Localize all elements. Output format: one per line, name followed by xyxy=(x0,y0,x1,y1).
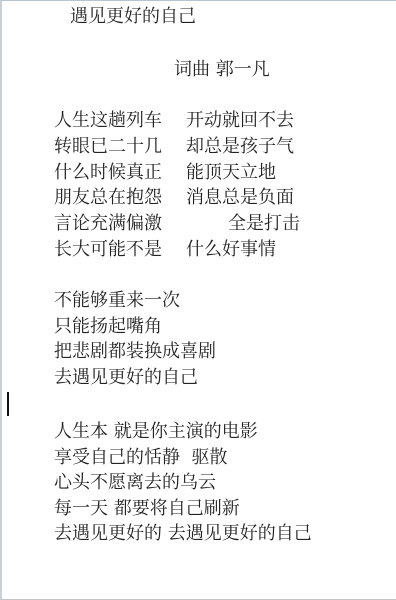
lyric-line: 每一天 都要将自己刷新 xyxy=(54,496,312,522)
verse-1: 人生这趟列车 开动就回不去 转眼已二十几 却总是孩子气 什么时候真正 能顶天立地… xyxy=(54,108,300,263)
lyric-row: 长大可能不是 什么好事情 xyxy=(54,237,300,263)
lyric-line: 只能扬起嘴角 xyxy=(54,314,216,340)
lyric-right: 消息总是负面 xyxy=(186,185,294,211)
lyric-right: 全是打击 xyxy=(186,211,300,237)
verse-2: 不能够重来一次 只能扬起嘴角 把悲剧都装换成喜剧 去遇见更好的自己 xyxy=(54,288,216,390)
lyric-left: 什么时候真正 xyxy=(54,160,186,186)
lyric-right: 能顶天立地 xyxy=(186,160,276,186)
lyric-row: 朋友总在抱怨 消息总是负面 xyxy=(54,185,300,211)
lyric-line: 心头不愿离去的乌云 xyxy=(54,470,312,496)
lyric-line: 不能够重来一次 xyxy=(54,288,216,314)
lyric-row: 什么时候真正 能顶天立地 xyxy=(54,160,300,186)
text-cursor xyxy=(7,392,9,416)
lyric-line: 把悲剧都装换成喜剧 xyxy=(54,339,216,365)
song-credits: 词曲 郭一凡 xyxy=(174,58,270,82)
lyric-right: 开动就回不去 xyxy=(186,108,294,134)
lyric-row: 言论充满偏激 全是打击 xyxy=(54,211,300,237)
lyric-line: 享受自己的恬静 驱散 xyxy=(54,445,312,471)
lyric-right: 却总是孩子气 xyxy=(186,134,294,160)
lyric-row: 人生这趟列车 开动就回不去 xyxy=(54,108,300,134)
document-page[interactable]: 遇见更好的自己 词曲 郭一凡 人生这趟列车 开动就回不去 转眼已二十几 却总是孩… xyxy=(0,0,396,600)
verse-3: 人生本 就是你主演的电影 享受自己的恬静 驱散 心头不愿离去的乌云 每一天 都要… xyxy=(54,419,312,547)
lyric-left: 言论充满偏激 xyxy=(54,211,186,237)
lyric-line: 去遇见更好的 去遇见更好的自己 xyxy=(54,521,312,547)
lyric-row: 转眼已二十几 却总是孩子气 xyxy=(54,134,300,160)
lyric-left: 朋友总在抱怨 xyxy=(54,185,186,211)
lyric-right: 什么好事情 xyxy=(186,237,276,263)
lyric-left: 转眼已二十几 xyxy=(54,134,186,160)
song-title: 遇见更好的自己 xyxy=(70,5,196,29)
lyric-left: 长大可能不是 xyxy=(54,237,186,263)
lyric-line: 去遇见更好的自己 xyxy=(54,365,216,391)
lyric-left: 人生这趟列车 xyxy=(54,108,186,134)
lyric-line: 人生本 就是你主演的电影 xyxy=(54,419,312,445)
